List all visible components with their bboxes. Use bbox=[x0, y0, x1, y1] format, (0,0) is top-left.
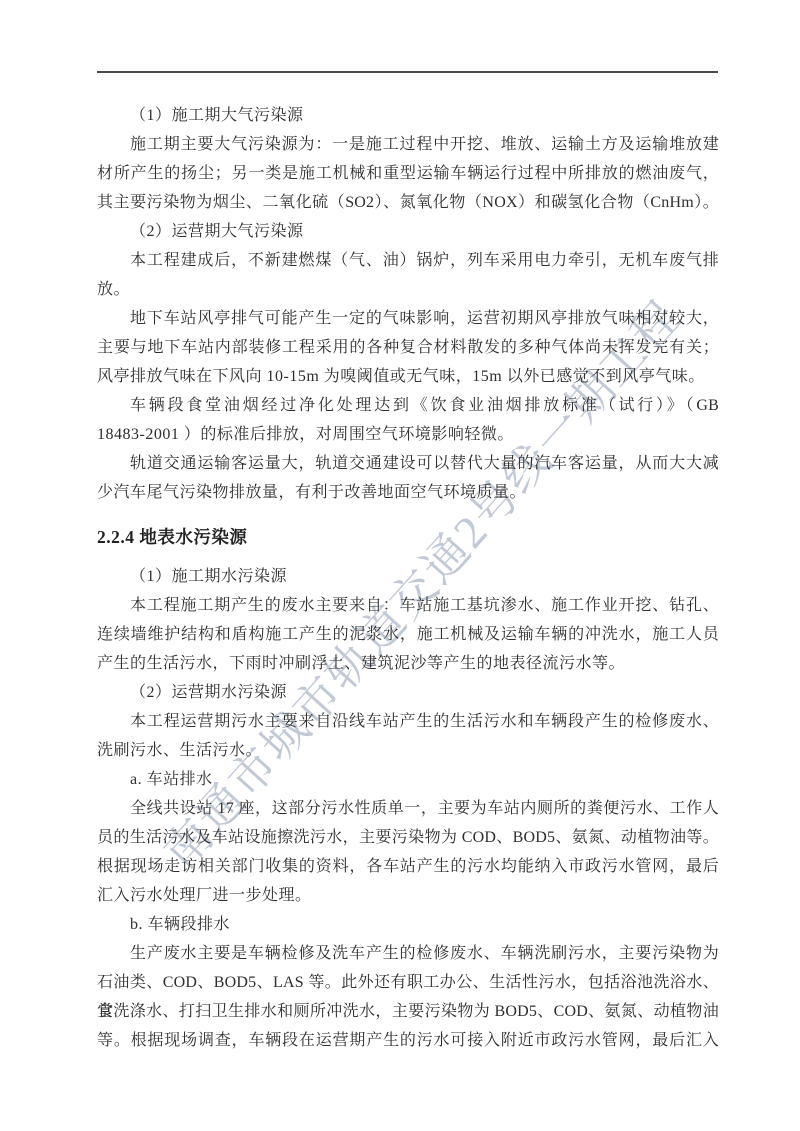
text-line: 员的生活污水及车站设施擦洗污水，主要污染物为 COD、BOD5、氨氮、动植物油等… bbox=[97, 823, 719, 852]
text-line: 全线共设站 17 座，这部分污水性质单一，主要为车站内厕所的粪便污水、工作人 bbox=[97, 794, 719, 823]
sub-heading: （1）施工期水污染源 bbox=[97, 562, 719, 591]
header-rule bbox=[97, 71, 718, 73]
paragraph: 全线共设站 17 座，这部分污水性质单一，主要为车站内厕所的粪便污水、工作人员的… bbox=[97, 794, 719, 910]
paragraph: 本工程施工期产生的废水主要来自：车站施工基坑渗水、施工作业开挖、钻孔、连续墙维护… bbox=[97, 591, 719, 678]
text-line: 等。根据现场调查，车辆段在运营期产生的污水可接入附近市政污水管网，最后汇入 bbox=[97, 1026, 719, 1055]
sub-heading: （1）施工期大气污染源 bbox=[97, 101, 719, 130]
text-line: 少汽车尾气污染物排放量，有利于改善地面空气环境质量。 bbox=[97, 478, 719, 507]
text-line: 本工程建成后，不新建燃煤（气、油）锅炉，列车采用电力牵引，无机车废气排 bbox=[97, 246, 719, 275]
text-line: 生产废水主要是车辆检修及洗车产生的检修废水、车辆洗刷污水，主要污染物为 bbox=[97, 939, 719, 968]
text-line: 堂洗涤水、打扫卫生排水和厕所冲洗水，主要污染物为 BOD5、COD、氨氮、动植物… bbox=[97, 997, 719, 1026]
paragraph: 车辆段食堂油烟经过净化处理达到《饮食业油烟排放标准（试行）》（GB18483-2… bbox=[97, 391, 719, 449]
document-page: 南通市城市轨道交通2号线一期工程 （1）施工期大气污染源施工期主要大气污染源为：… bbox=[0, 0, 800, 1131]
text-line: 车辆段食堂油烟经过净化处理达到《饮食业油烟排放标准（试行）》（GB bbox=[97, 391, 719, 420]
paragraph: 生产废水主要是车辆检修及洗车产生的检修废水、车辆洗刷污水，主要污染物为石油类、C… bbox=[97, 939, 719, 1055]
text-line: 汇入污水处理厂进一步处理。 bbox=[97, 881, 719, 910]
text-line: 风亭排放气味在下风向 10-15m 为嗅阈值或无气味，15m 以外已感觉不到风亭… bbox=[97, 362, 719, 391]
paragraph: 轨道交通运输客运量大，轨道交通建设可以替代大量的汽车客运量，从而大大减少汽车尾气… bbox=[97, 449, 719, 507]
section-heading: 2.2.4 地表水污染源 bbox=[97, 523, 719, 552]
paragraph: 本工程运营期污水主要来自沿线车站产生的生活污水和车辆段产生的检修废水、洗刷污水、… bbox=[97, 707, 719, 765]
sub-heading: （2）运营期水污染源 bbox=[97, 678, 719, 707]
text-line: 石油类、COD、BOD5、LAS 等。此外还有职工办公、生活性污水，包括浴池洗浴… bbox=[97, 968, 719, 997]
text-line: 材所产生的扬尘；另一类是施工机械和重型运输车辆运行过程中所排放的燃油废气， bbox=[97, 159, 719, 188]
text-line: 主要与地下车站内部装修工程采用的各种复合材料散发的多种气体尚未挥发完有关； bbox=[97, 333, 719, 362]
text-line: 轨道交通运输客运量大，轨道交通建设可以替代大量的汽车客运量，从而大大减 bbox=[97, 449, 719, 478]
sub-heading: a. 车站排水 bbox=[97, 765, 719, 794]
document-body: （1）施工期大气污染源施工期主要大气污染源为：一是施工过程中开挖、堆放、运输土方… bbox=[97, 101, 719, 1055]
text-line: 本工程运营期污水主要来自沿线车站产生的生活污水和车辆段产生的检修废水、 bbox=[97, 707, 719, 736]
text-line: 施工期主要大气污染源为：一是施工过程中开挖、堆放、运输土方及运输堆放建 bbox=[97, 130, 719, 159]
text-line: 18483-2001 ）的标准后排放，对周围空气环境影响轻微。 bbox=[97, 420, 719, 449]
text-line: 本工程施工期产生的废水主要来自：车站施工基坑渗水、施工作业开挖、钻孔、 bbox=[97, 591, 719, 620]
text-line: 其主要污染物为烟尘、二氧化硫（SO2）、氮氧化物（NOX）和碳氢化合物（CnHm… bbox=[97, 188, 719, 217]
sub-heading: b. 车辆段排水 bbox=[97, 910, 719, 939]
text-line: 放。 bbox=[97, 275, 719, 304]
sub-heading: （2）运营期大气污染源 bbox=[97, 217, 719, 246]
text-line: 根据现场走访相关部门收集的资料，各车站产生的污水均能纳入市政污水管网，最后 bbox=[97, 852, 719, 881]
text-line: 产生的生活污水，下雨时冲刷浮土、建筑泥沙等产生的地表径流污水等。 bbox=[97, 649, 719, 678]
paragraph: 地下车站风亭排气可能产生一定的气味影响，运营初期风亭排放气味相对较大，主要与地下… bbox=[97, 304, 719, 391]
text-line: 连续墙维护结构和盾构施工产生的泥浆水，施工机械及运输车辆的冲洗水，施工人员 bbox=[97, 620, 719, 649]
paragraph: 本工程建成后，不新建燃煤（气、油）锅炉，列车采用电力牵引，无机车废气排放。 bbox=[97, 246, 719, 304]
text-line: 洗刷污水、生活污水。 bbox=[97, 736, 719, 765]
text-line: 地下车站风亭排气可能产生一定的气味影响，运营初期风亭排放气味相对较大， bbox=[97, 304, 719, 333]
paragraph: 施工期主要大气污染源为：一是施工过程中开挖、堆放、运输土方及运输堆放建材所产生的… bbox=[97, 130, 719, 217]
